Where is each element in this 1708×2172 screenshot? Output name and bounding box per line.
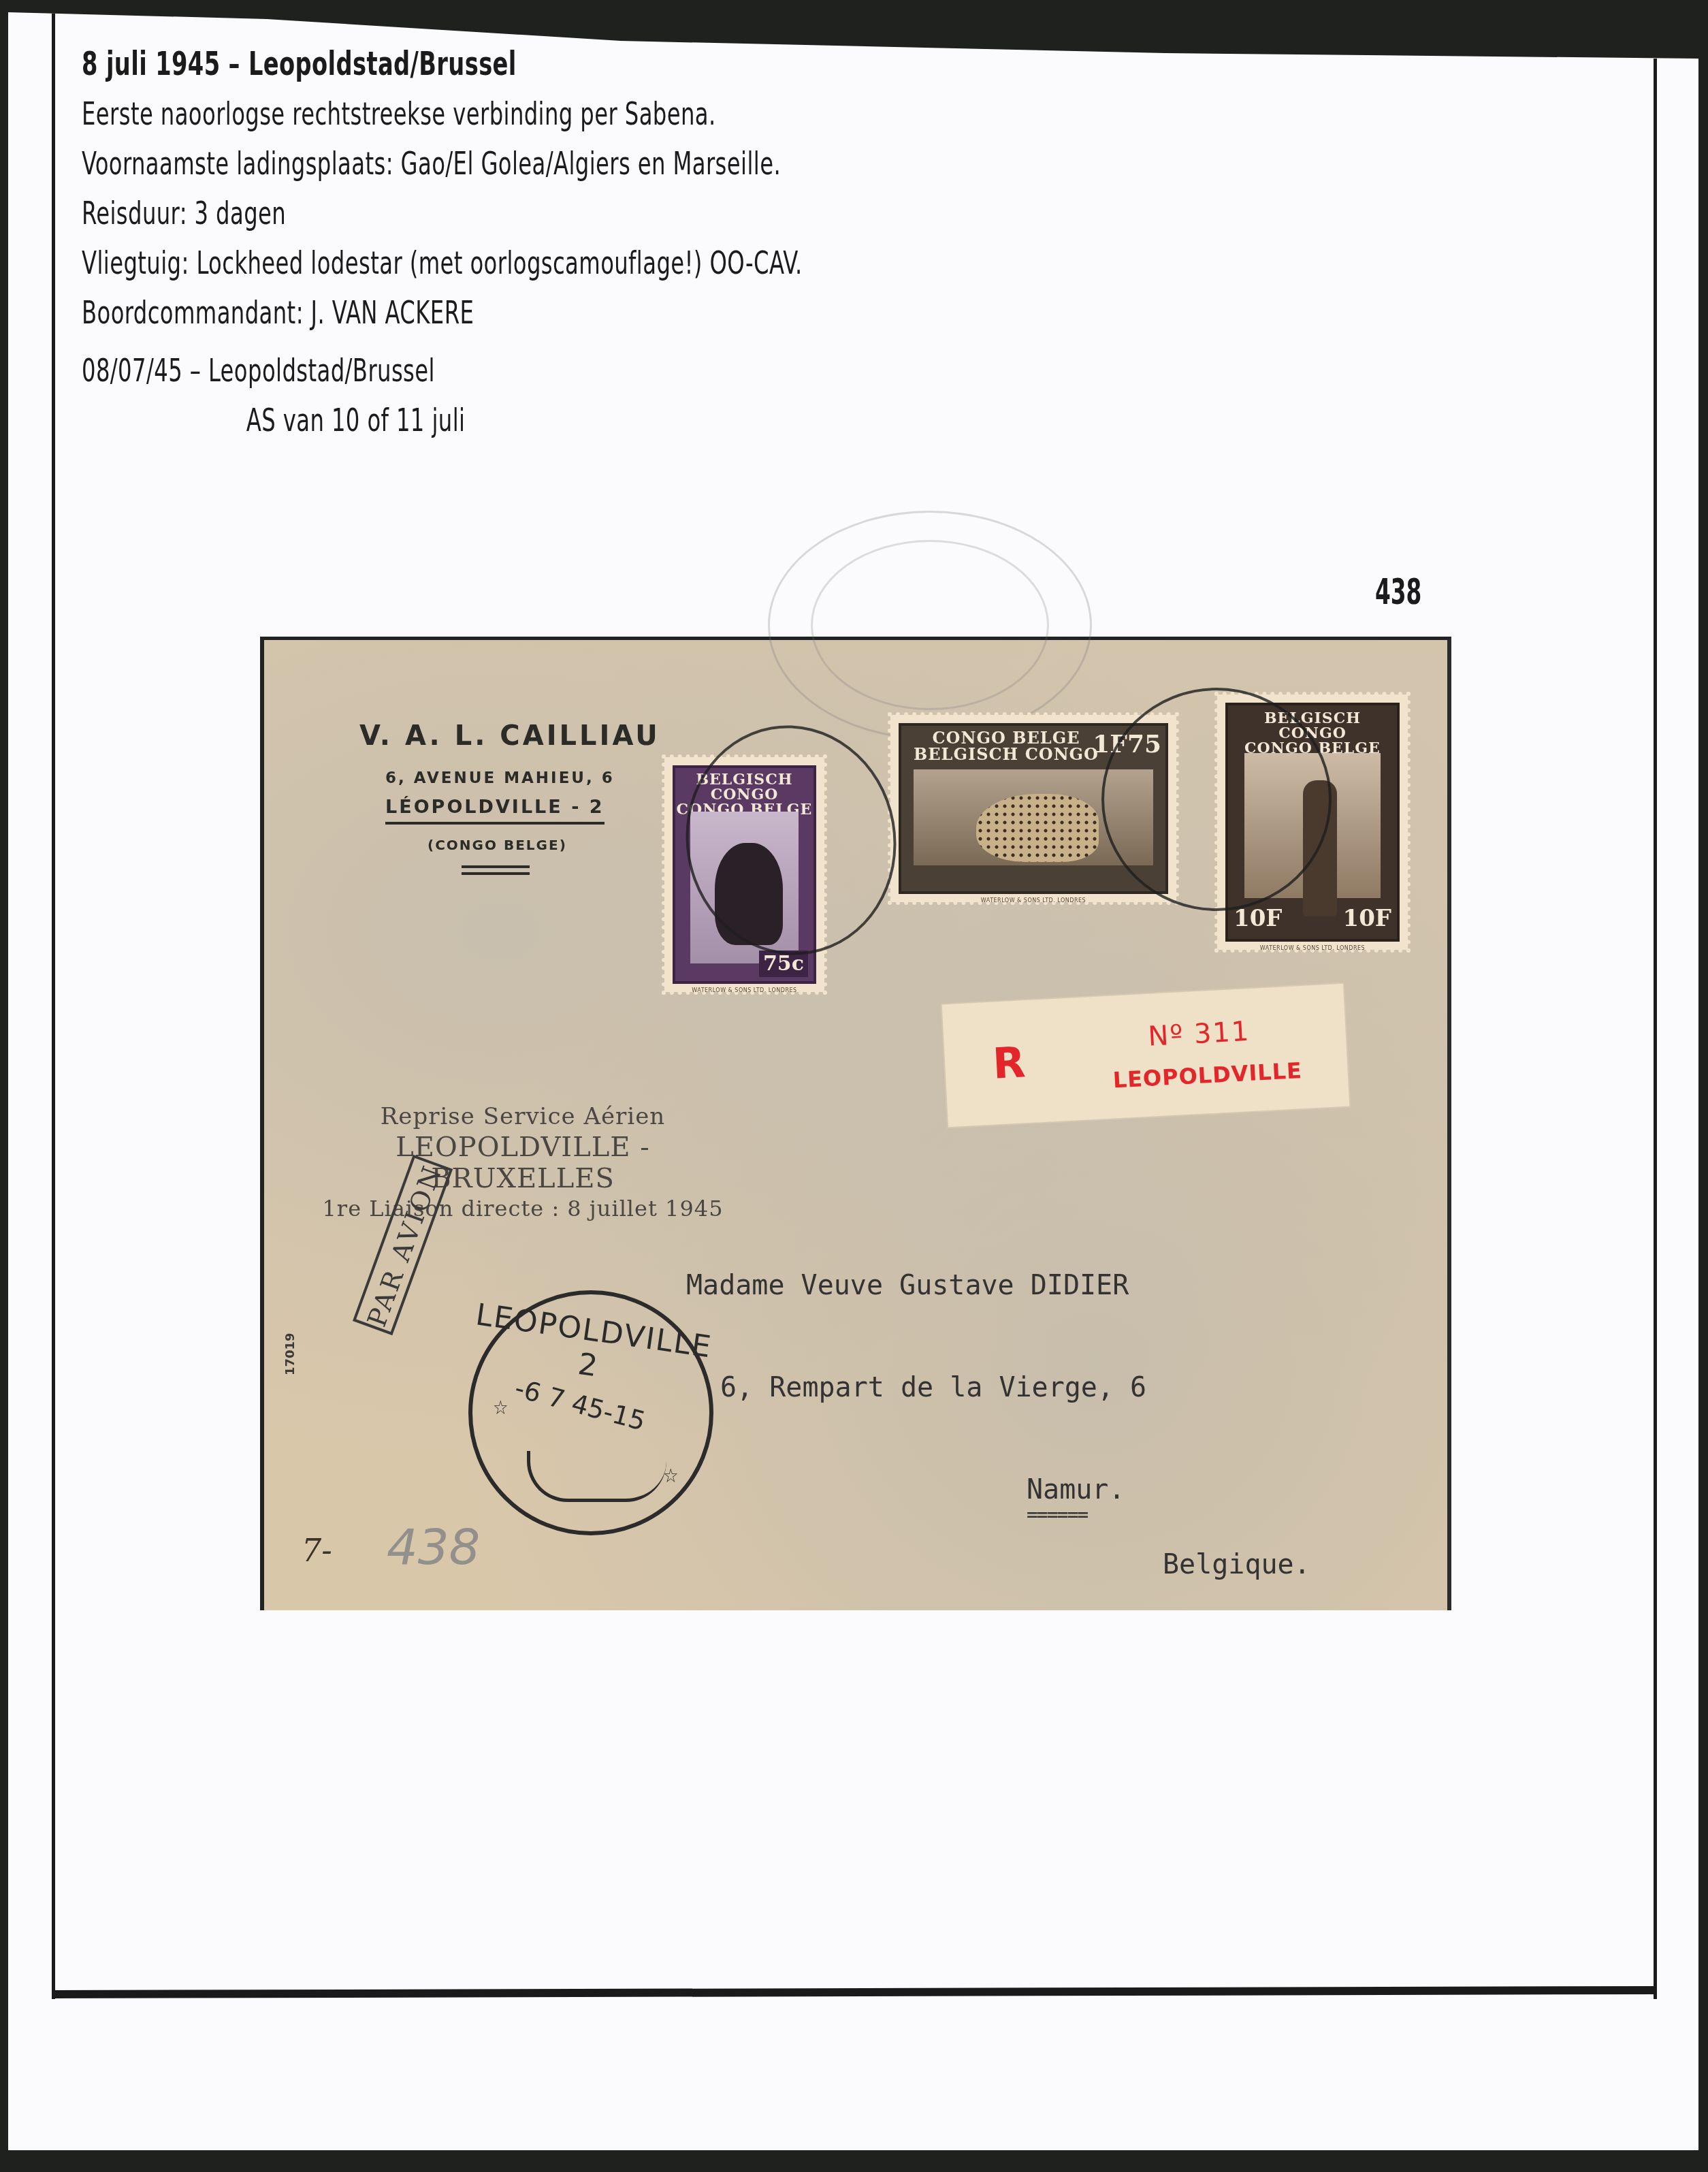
envelope-cover: V. A. L. CAILLIAU 6, AVENUE MAHIEU, 6 LÉ… bbox=[260, 637, 1451, 1610]
description-line: Vliegtuig: Lockheed lodestar (met oorlog… bbox=[82, 238, 803, 288]
star-icon: ☆ bbox=[493, 1396, 509, 1419]
addressee-city: Namur. bbox=[1027, 1474, 1125, 1505]
page-number: 438 bbox=[1375, 572, 1421, 613]
page-frame-bottom bbox=[52, 1986, 1657, 1998]
stamp-value: 10F bbox=[1234, 905, 1282, 932]
sender-country: (CONGO BELGE) bbox=[428, 837, 660, 853]
page-frame-right bbox=[1654, 59, 1657, 1999]
stamp-printer: WATERLOW & SONS LTD. LONDRES bbox=[1217, 945, 1408, 951]
leopoldville-postmark: LEOPOLDVILLE 2 -6 7 45-15 ☆ ☆ bbox=[468, 1290, 713, 1535]
addressee-city-underline: ====== bbox=[1027, 1503, 1087, 1526]
faint-seal-imprint bbox=[768, 511, 1092, 739]
description-line: Voornaamste ladingsplaats: Gao/El Golea/… bbox=[82, 139, 803, 189]
envelope-serial: 17019 bbox=[283, 1332, 297, 1375]
registration-town: LEOPOLDVILLE bbox=[1112, 1057, 1303, 1093]
sender-street: 6, AVENUE MAHIEU, 6 bbox=[385, 769, 660, 787]
page-title: 8 juli 1945 – Leopoldstad/Brussel bbox=[82, 39, 803, 89]
leopard-icon bbox=[976, 794, 1099, 862]
stamp-printer: WATERLOW & SONS LTD. LONDRES bbox=[890, 897, 1176, 904]
post-horn-icon bbox=[527, 1451, 666, 1502]
pencil-price: 7- bbox=[302, 1532, 332, 1569]
description-line: Eerste naoorlogse rechtstreekse verbindi… bbox=[82, 89, 803, 139]
sender-divider bbox=[462, 865, 530, 875]
first-flight-cachet: Reprise Service Aérien LEOPOLDVILLE - BR… bbox=[305, 1103, 741, 1221]
sender-name: V. A. L. CAILLIAU bbox=[359, 720, 660, 752]
registration-letter: R bbox=[991, 1037, 1027, 1088]
page-description: 8 juli 1945 – Leopoldstad/Brussel Eerste… bbox=[82, 39, 1005, 445]
postmark-town: LEOPOLDVILLE 2 bbox=[469, 1297, 713, 1399]
sender-city: LÉOPOLDVILLE - 2 bbox=[385, 797, 605, 825]
route-line: 08/07/45 – Leopoldstad/Brussel bbox=[82, 346, 803, 396]
stamp-printer: WATERLOW & SONS LTD. LONDRES bbox=[664, 987, 824, 993]
page-frame-left bbox=[52, 10, 55, 1999]
addressee-street: 6, Rempart de la Vierge, 6 bbox=[720, 1372, 1146, 1403]
sender-address: V. A. L. CAILLIAU 6, AVENUE MAHIEU, 6 LÉ… bbox=[359, 720, 660, 875]
cancellation-postmark bbox=[1101, 688, 1332, 911]
pencil-number: 438 bbox=[387, 1518, 480, 1576]
description-line: Reisduur: 3 dagen bbox=[82, 189, 803, 238]
stamp-value: 10F bbox=[1343, 905, 1391, 932]
addressee-name: Madame Veuve Gustave DIDIER bbox=[686, 1270, 1129, 1301]
addressee-country: Belgique. bbox=[1163, 1549, 1310, 1580]
arrival-line: AS van 10 of 11 juli bbox=[82, 396, 803, 445]
album-page: 8 juli 1945 – Leopoldstad/Brussel Eerste… bbox=[8, 0, 1698, 2150]
registration-number: Nº 311 bbox=[1147, 1016, 1251, 1053]
description-line: Boordcommandant: J. VAN ACKERE bbox=[82, 288, 803, 338]
registration-label: R Nº 311 LEOPOLDVILLE bbox=[942, 984, 1350, 1128]
